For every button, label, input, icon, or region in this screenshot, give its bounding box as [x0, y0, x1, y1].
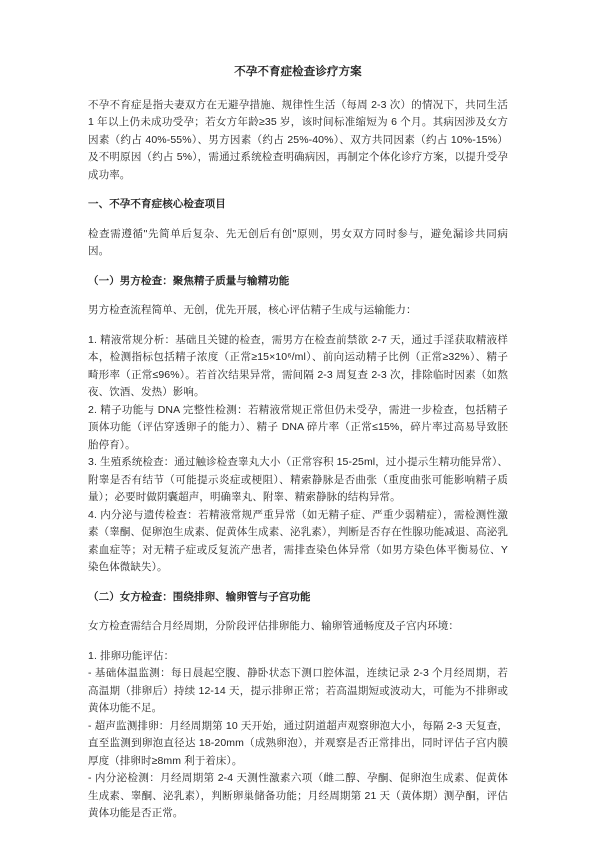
- male-exam-item-dna-integrity: 2. 精子功能与 DNA 完整性检测：若精液常规正常但仍未受孕，需进一步检查，包…: [88, 402, 508, 455]
- ovulation-assessment-label: 1. 排卵功能评估：: [88, 648, 508, 666]
- male-exam-list: 1. 精液常规分析：基础且关键的检查，需男方在检查前禁欲 2-7 天，通过手淫获…: [88, 332, 508, 577]
- female-exam-heading: （二）女方检查：围绕排卵、输卵管与子宫功能: [88, 589, 508, 607]
- ovulation-item-endocrine-test: - 内分泌检测：月经周期第 2-4 天测性激素六项（雌二醇、孕酮、促卵泡生成素、…: [88, 770, 508, 823]
- principle-paragraph: 检查需遵循"先简单后复杂、先无创后有创"原则，男女双方同时参与，避免漏诊共同病因…: [88, 226, 508, 261]
- document-page: 不孕不育症检查诊疗方案 不孕不育症是指夫妻双方在无避孕措施、规律性生活（每周 2…: [0, 0, 595, 841]
- ovulation-item-basal-temperature: - 基础体温监测：每日晨起空腹、静卧状态下测口腔体温，连续记录 2-3 个月经周…: [88, 665, 508, 718]
- intro-paragraph: 不孕不育症是指夫妻双方在无避孕措施、规律性生活（每周 2-3 次）的情况下，共同…: [88, 97, 508, 185]
- male-exam-item-endocrine-genetic: 4. 内分泌与遗传检查：若精液常规严重异常（如无精子症、严重少弱精症），需检测性…: [88, 507, 508, 577]
- male-exam-heading: （一）男方检查：聚焦精子质量与输精功能: [88, 273, 508, 291]
- male-exam-lead-paragraph: 男方检查流程简单、无创，优先开展，核心评估精子生成与运输能力：: [88, 302, 508, 320]
- ovulation-item-ultrasound-monitoring: - 超声监测排卵：月经周期第 10 天开始，通过阴道超声观察卵泡大小，每隔 2-…: [88, 718, 508, 771]
- male-exam-item-semen-analysis: 1. 精液常规分析：基础且关键的检查，需男方在检查前禁欲 2-7 天，通过手淫获…: [88, 332, 508, 402]
- female-exam-lead-paragraph: 女方检查需结合月经周期，分阶段评估排卵能力、输卵管通畅度及子宫内环境：: [88, 618, 508, 636]
- section1-heading: 一、不孕不育症核心检查项目: [88, 196, 508, 214]
- document-title: 不孕不育症检查诊疗方案: [88, 64, 508, 82]
- male-exam-item-reproductive-system: 3. 生殖系统检查：通过触诊检查睾丸大小（正常容积 15-25ml，过小提示生精…: [88, 454, 508, 507]
- ovulation-assessment-list: 1. 排卵功能评估： - 基础体温监测：每日晨起空腹、静卧状态下测口腔体温，连续…: [88, 648, 508, 823]
